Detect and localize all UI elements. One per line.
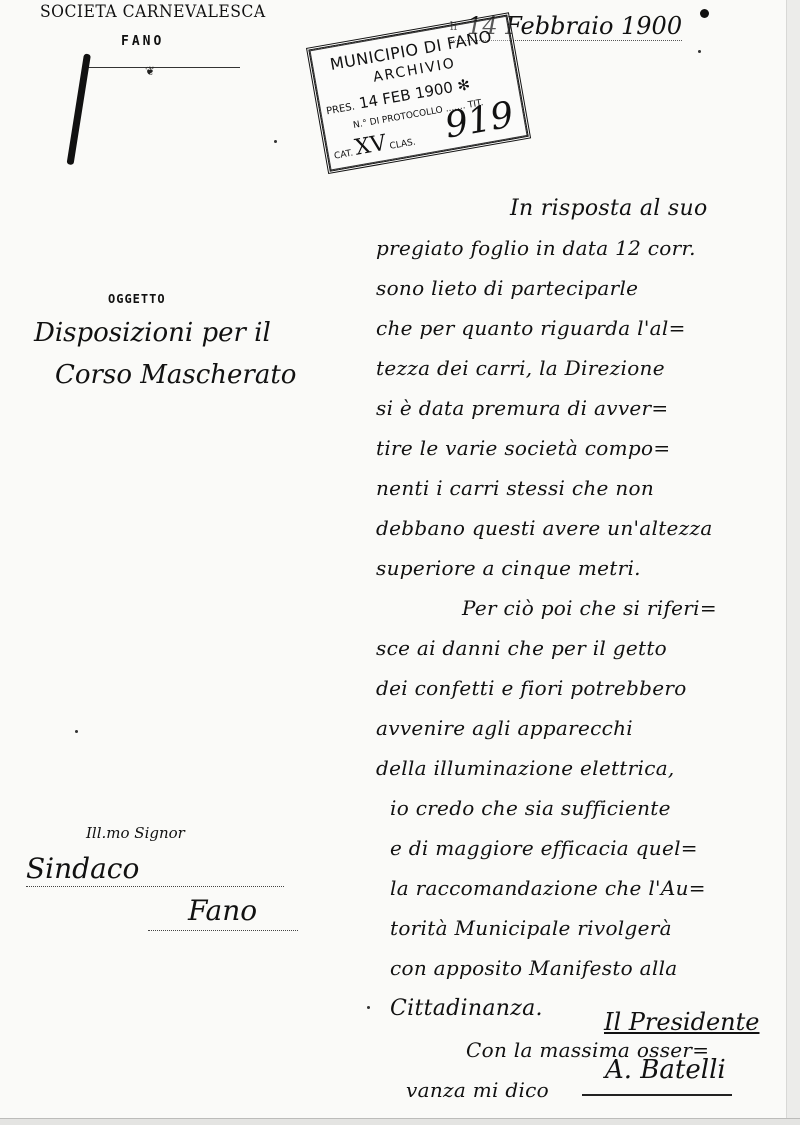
star-icon: ✻ [456, 75, 472, 95]
signature-title: Il Presidente [604, 1008, 759, 1036]
addressee-place: Fano [188, 894, 257, 927]
addressee-recipient: Sindaco [26, 852, 139, 885]
page-edge-bottom [0, 1118, 800, 1125]
stamp-cat-label: CAT. [333, 149, 353, 162]
body-line: sono lieto di parteciparle [376, 276, 638, 300]
archive-stamp: MUNICIPIO DI FANO ARCHIVIO PRES. 14 FEB … [306, 12, 531, 174]
scan-speck [698, 50, 701, 53]
subject-line-2: Corso Mascherato [55, 360, 296, 390]
body-line: tezza dei carri, la Direzione [376, 356, 665, 380]
letterhead-rule [84, 67, 240, 68]
letterhead-organization: SOCIETA CARNEVALESCA [40, 2, 266, 22]
page-edge-right [786, 0, 800, 1125]
subject-label: OGGETTO [108, 292, 166, 306]
ink-blot [700, 9, 709, 18]
scan-speck [367, 1006, 370, 1009]
subject-line-1: Disposizioni per il [34, 318, 271, 348]
body-line: avvenire agli apparecchi [376, 716, 633, 740]
ornament-icon: ❦ [145, 65, 155, 77]
body-line: superiore a cinque metri. [376, 556, 641, 580]
body-line: pregiato foglio in data 12 corr. [376, 236, 696, 260]
body-line: vanza mi dico [406, 1078, 549, 1102]
body-line: sce ai danni che per il getto [376, 636, 667, 660]
letter-page: SOCIETA CARNEVALESCA FANO ❦ li14 Febbrai… [0, 0, 786, 1118]
signature-underline [582, 1094, 732, 1096]
stamp-cat-value: XV [353, 131, 388, 161]
body-line: con apposito Manifesto alla [390, 956, 678, 980]
body-line: si è data premura di avver= [376, 396, 668, 420]
stamp-clas-label: CLAS. [389, 137, 417, 151]
addressee-recipient-line: Sindaco [26, 858, 284, 887]
stamp-pres-label: PRES. [325, 102, 355, 118]
addressee-salutation: Ill.mo Signor [86, 824, 185, 842]
body-line: dei confetti e fiori potrebbero [376, 676, 687, 700]
body-line: della illuminazione elettrica, [376, 756, 675, 780]
body-line: Cittadinanza. [390, 996, 543, 1021]
scan-speck [75, 730, 78, 733]
body-line: In risposta al suo [510, 196, 708, 221]
signature-name: A. Batelli [605, 1055, 726, 1085]
body-line: nenti i carri stessi che non [376, 476, 654, 500]
body-line: la raccomandazione che l'Au= [390, 876, 706, 900]
body-line: Per ciò poi che si riferi= [462, 596, 717, 620]
letterhead-city: FANO [121, 34, 164, 49]
addressee-place-line: Fano [148, 900, 298, 931]
body-line: io credo che sia sufficiente [390, 796, 671, 820]
body-line: che per quanto riguarda l'al= [376, 316, 686, 340]
pen-stroke-mark [67, 53, 91, 165]
body-line: debbano questi avere un'altezza [376, 516, 713, 540]
body-line: torità Municipale rivolgerà [390, 916, 672, 940]
scan-speck [274, 140, 277, 143]
body-line: e di maggiore efficacia quel= [390, 836, 698, 860]
body-line: tire le varie società compo= [376, 436, 670, 460]
